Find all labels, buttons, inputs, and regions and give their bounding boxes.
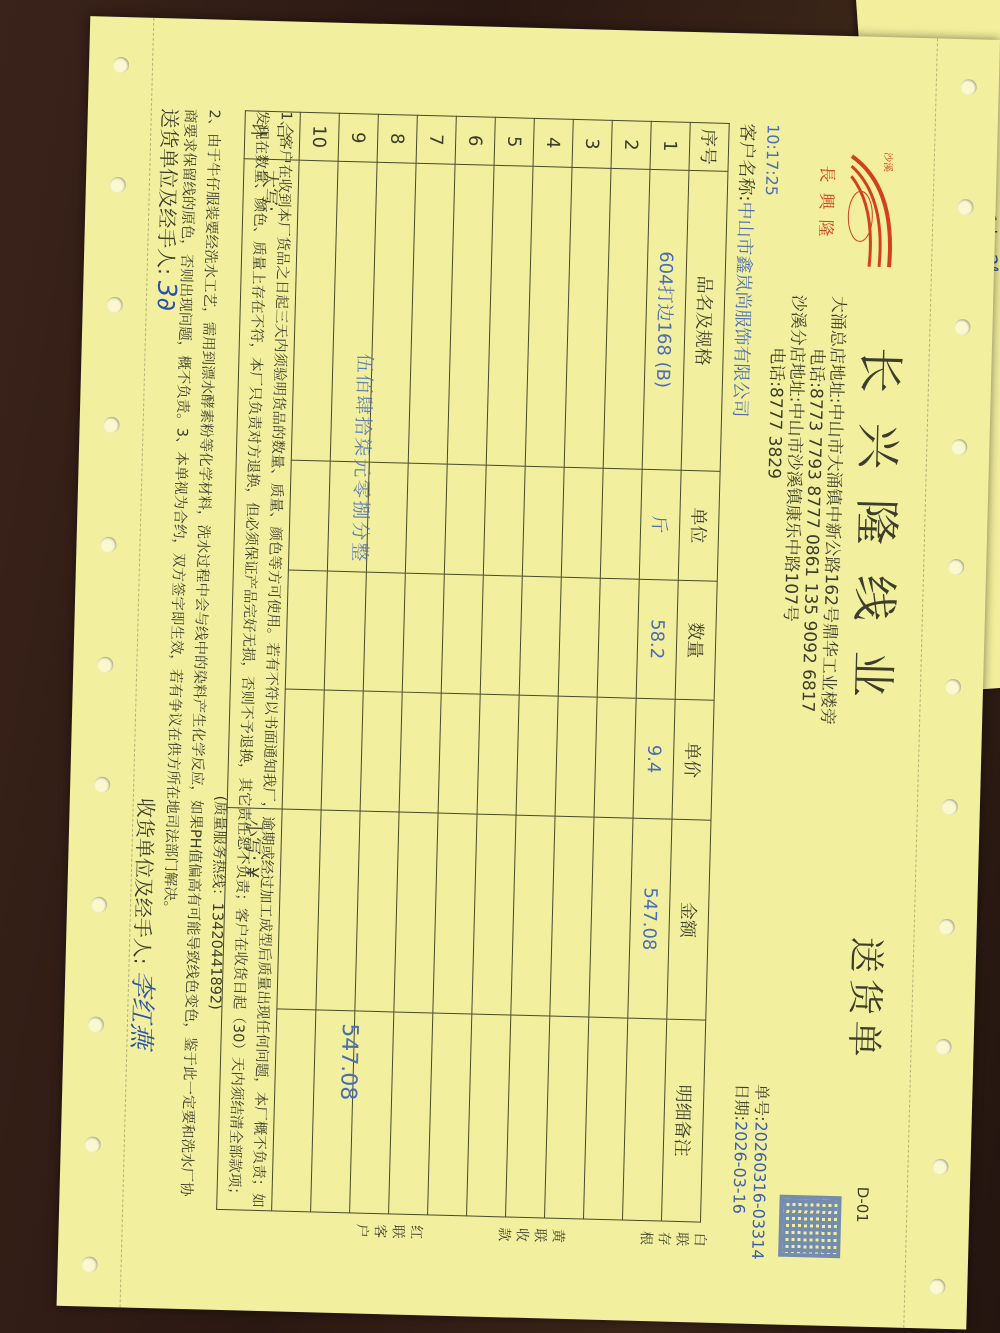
logo-branch-mark: 沙溪 <box>882 152 898 172</box>
company-name: 长兴隆线业 <box>841 346 917 728</box>
copy-labels: 白联存根 黄联收款 红联客户 <box>282 1222 708 1249</box>
receiver-signature-field: 收货单位及经手人:李红燕 <box>124 798 168 1050</box>
col-header-qty: 数量 <box>675 580 717 701</box>
copy-label-yellow: 黄联收款 <box>494 1227 566 1245</box>
col-header-amount: 金额 <box>667 820 711 1021</box>
receiver-signature: 李红燕 <box>125 970 157 1049</box>
col-header-price: 单价 <box>672 700 714 821</box>
document-type: 送货单 <box>840 936 894 1063</box>
col-header-no: 序号 <box>689 122 729 171</box>
printed-time: 10:17:25 <box>762 124 783 196</box>
col-header-unit: 单位 <box>678 470 720 581</box>
customer-name: 客户名称:中山市鑫岚尚服饰有限公司 <box>728 123 762 418</box>
qr-code-icon <box>778 1195 842 1259</box>
form-code: D-01 <box>853 1187 872 1224</box>
copy-label-red: 红联客户 <box>352 1223 424 1241</box>
uppercase-amount-stamp: 伍佰肆拾柒元零捌分整 <box>347 353 379 564</box>
company-logo: 長興隆 沙溪 <box>779 144 902 277</box>
col-header-name: 品名及规格 <box>681 170 728 471</box>
lowercase-amount-handwritten: 547.08 <box>335 1023 362 1101</box>
sender-signature-field: 送货单位及经手人:3∂ <box>151 108 186 311</box>
copy-label-white: 白联存根 <box>636 1231 708 1249</box>
col-header-note: 明细备注 <box>661 1019 705 1222</box>
sender-signature: 3∂ <box>151 281 182 312</box>
logo-brand-text: 長興隆 <box>815 165 842 247</box>
order-date: 日期:2026-03-16 <box>728 1083 754 1214</box>
delivery-note: 長興隆 沙溪 长兴隆线业 送货单 大涌总店地址:中山市大涌镇中新公路162号鼎华… <box>57 16 1000 1329</box>
branch-phone: 电话:8777 3829 <box>763 347 791 479</box>
